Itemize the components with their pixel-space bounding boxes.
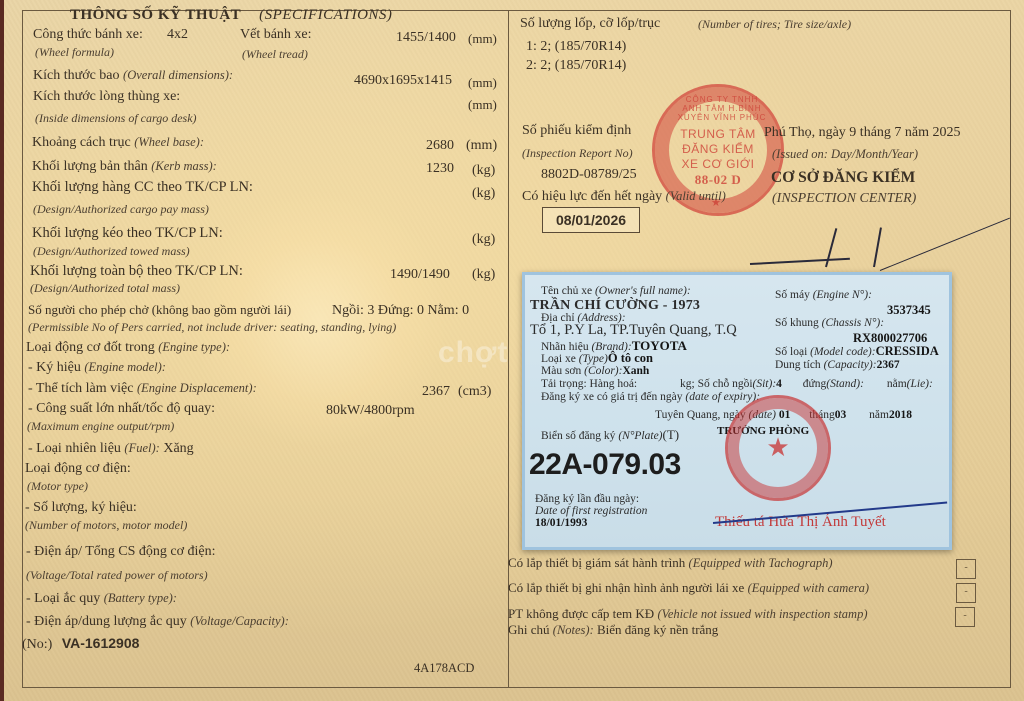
capacity-row: Dung tích (Capacity):2367: [775, 359, 900, 372]
kerb-mass-en: (Kerb mass):: [151, 159, 217, 173]
wheel-base-label: Khoảng cách trục (Wheel base):: [32, 134, 204, 151]
plate-label-vi: Biển số đăng ký: [541, 430, 615, 442]
camera-label-en: (Equipped with camera): [748, 581, 870, 595]
overall-dimensions-unit: (mm): [468, 75, 497, 91]
kerb-mass-value: 1230: [426, 161, 454, 177]
serial-no: (No:) VA-1612908: [22, 635, 139, 653]
overall-dimensions-en: (Overall dimensions):: [123, 68, 233, 82]
issued-label-en: (Issued on: Day/Month/Year): [772, 147, 918, 161]
capacity-label: Dung tích: [775, 359, 821, 371]
battery-capacity-en: (Voltage/Capacity):: [190, 614, 289, 628]
fuel-value: Xăng: [163, 441, 193, 456]
owner-label-vi: Tên chủ xe: [541, 285, 592, 297]
no-stamp-label-en: (Vehicle not issued with inspection stam…: [657, 607, 867, 621]
owner-name: TRẦN CHÍ CƯỜNG - 1973: [530, 299, 700, 312]
plate-label: Biển số đăng ký (N°Plate)(T): [541, 428, 679, 443]
max-output-label: - Công suất lớn nhất/tốc độ quay:: [28, 401, 215, 417]
camera-label: Có lắp thiết bị ghi nhận hình ảnh người …: [508, 580, 744, 595]
tachograph-label-en: (Equipped with Tachograph): [689, 556, 833, 570]
engine-type-en: (Engine type):: [158, 340, 230, 354]
issue-year: 2018: [889, 409, 912, 421]
engine-type-vi: Loại động cơ đốt trong: [26, 340, 155, 355]
seats-value: 4: [776, 378, 782, 390]
persons-value: Ngồi: 3 Đứng: 0 Nằm: 0: [332, 303, 469, 319]
equipment-camera: Có lắp thiết bị ghi nhận hình ảnh người …: [508, 580, 869, 596]
engine-model-en: (Engine model):: [84, 360, 166, 374]
engine-model-label: - Ký hiệu (Engine model):: [28, 359, 166, 376]
owner-label-en: (Owner's full name):: [595, 285, 691, 297]
inspection-center-title: CƠ SỞ ĐĂNG KIỂM: [771, 170, 915, 186]
motor-type-label: Loại động cơ điện:: [25, 461, 131, 477]
vehicle-registration-card: Tên chủ xe (Owner's full name): TRẦN CHÍ…: [522, 272, 952, 550]
overall-dimensions-label: Kích thước bao (Overall dimensions):: [33, 67, 233, 84]
engine-no-value: 3537345: [887, 304, 931, 317]
camera-checkbox: -: [956, 583, 976, 603]
towed-mass-label: Khối lượng kéo theo TK/CP LN:: [32, 225, 223, 241]
fuel-label: - Loại nhiên liệu (Fuel): Xăng: [28, 440, 194, 457]
type-label-en: (Type): [579, 353, 608, 365]
displacement-label: - Thể tích làm việc (Engine Displacement…: [28, 380, 257, 397]
watermark-logo: chợt: [438, 336, 508, 370]
tire-axle-1: 1: 2; (185/70R14): [526, 39, 626, 55]
stamp-ring-text: CÔNG TY TNHH ANH TÂM H.BÌNH XUYÊN VĨNH P…: [677, 95, 767, 122]
stamp-line-1: TRUNG TÂM: [667, 127, 769, 142]
type-label: Loại xe: [541, 353, 576, 365]
expiry-label-en: (date of expiry):: [685, 391, 760, 403]
fuel-vi: - Loại nhiên liệu: [28, 441, 121, 456]
load-label: Tải trọng: Hàng hoá:: [541, 378, 637, 390]
engine-type-label: Loại động cơ đốt trong (Engine type):: [26, 339, 230, 356]
lie-label: nằm: [887, 378, 907, 390]
overall-dimensions-vi: Kích thước bao: [33, 68, 120, 83]
overall-dimensions-value: 4690x1695x1415: [354, 73, 452, 89]
stamp-line-2: ĐĂNG KIỂM: [667, 142, 769, 157]
owner-label: Tên chủ xe (Owner's full name):: [541, 285, 691, 298]
stand-label-en: (Stand):: [826, 378, 864, 390]
capacity-label-en: (Capacity):: [824, 359, 877, 371]
model-label: Số loại: [775, 346, 807, 358]
issue-year-label: năm: [869, 409, 889, 421]
tire-axle-2: 2: 2; (185/70R14): [526, 58, 626, 74]
report-no-label: Số phiếu kiểm định: [522, 123, 631, 139]
model-code-value: CRESSIDA: [876, 344, 939, 358]
first-reg-date: 18/01/1993: [535, 517, 587, 530]
battery-type-en: (Battery type):: [104, 591, 177, 605]
tachograph-checkbox: -: [956, 559, 976, 579]
cargo-dimensions-label: Kích thước lòng thùng xe:: [33, 89, 180, 105]
issued-place-date: Phú Thọ, ngày 9 tháng 7 năm 2025: [764, 125, 961, 141]
notes-label-en: (Notes):: [553, 623, 594, 637]
engine-model-vi: - Ký hiệu: [28, 360, 81, 375]
displacement-value: 2367: [422, 384, 450, 400]
wheel-formula-label: Công thức bánh xe:: [33, 27, 143, 43]
color-row: Màu sơn (Color):Xanh: [541, 365, 649, 378]
motor-count-label-en: (Number of motors, motor model): [25, 518, 187, 532]
issue-month: 03: [835, 409, 847, 421]
wheel-tread-value: 1455/1400: [396, 30, 456, 46]
towed-mass-label-en: (Design/Authorized towed mass): [33, 244, 190, 258]
chassis-label: Số khung (Chassis N°):: [775, 317, 884, 330]
battery-capacity-label: - Điện áp/dung lượng ắc quy (Voltage/Cap…: [26, 613, 289, 630]
battery-type-vi: - Loại ắc quy: [26, 591, 100, 606]
wheel-tread-label-en: (Wheel tread): [242, 47, 308, 61]
serial-no-label: (No:): [22, 637, 52, 652]
load-row: Tải trọng: Hàng hoá: kg; Số chỗ ngồi(Sit…: [541, 378, 933, 391]
kerb-mass-label: Khối lượng bản thân (Kerb mass):: [32, 158, 217, 175]
equipment-tachograph: Có lắp thiết bị giám sát hành trình (Equ…: [508, 555, 833, 571]
tires-label: Số lượng lốp, cỡ lốp/trục: [520, 16, 660, 32]
model-code-row: Số loại (Model code):CRESSIDA: [775, 345, 939, 359]
total-mass-value: 1490/1490: [390, 267, 450, 283]
capacity-value: 2367: [877, 359, 900, 371]
no-stamp-label: PT không được cấp tem KĐ: [508, 606, 654, 621]
stand-label: đứng: [803, 378, 826, 390]
police-stamp: ★: [725, 395, 831, 501]
no-stamp-checkbox: -: [955, 607, 975, 627]
valid-until-en: (Valid until): [666, 189, 726, 203]
plate-suffix: (T): [663, 427, 680, 442]
license-plate: 22A-079.03: [529, 449, 681, 481]
motor-voltage-label: - Điện áp/ Tổng CS động cơ điện:: [26, 544, 216, 560]
motor-count-label: - Số lượng, ký hiệu:: [25, 500, 137, 516]
valid-until-label: Có hiệu lực đến hết ngày (Valid until): [522, 188, 726, 205]
expiry-label: Đăng ký xe có giá trị đến ngày: [541, 391, 682, 403]
valid-until-vi: Có hiệu lực đến hết ngày: [522, 189, 662, 204]
footer-code: 4A178ACD: [414, 661, 474, 676]
total-mass-label-en: (Design/Authorized total mass): [30, 281, 180, 295]
cargo-mass-label: Khối lượng hàng CC theo TK/CP LN:: [32, 179, 253, 195]
expiry-row: Đăng ký xe có giá trị đến ngày (date of …: [541, 391, 760, 404]
wheel-tread-label: Vết bánh xe:: [240, 27, 312, 43]
cargo-mass-unit: (kg): [472, 186, 495, 202]
color-label-en: (Color):: [584, 365, 622, 377]
report-no-label-en: (Inspection Report No): [522, 146, 633, 160]
valid-until-date: 08/01/2026: [542, 207, 640, 233]
cargo-dimensions-unit: (mm): [468, 97, 497, 113]
inspection-center-en: (INSPECTION CENTER): [772, 191, 916, 207]
owner-address: Tổ 1, P.Y La, TP.Tuyên Quang, T.Q: [530, 324, 737, 337]
persons-label-en: (Permissible No of Pers carried, not inc…: [28, 320, 396, 334]
color-value: Xanh: [622, 365, 649, 377]
stamp-inner: TRUNG TÂM ĐĂNG KIỂM XE CƠ GIỚI 88-02 D: [667, 127, 769, 187]
engine-no-label-vi: Số máy: [775, 289, 810, 301]
wheel-formula-value: 4x2: [167, 27, 188, 43]
displacement-vi: - Thể tích làm việc: [28, 381, 133, 396]
battery-capacity-vi: - Điện áp/dung lượng ắc quy: [26, 614, 187, 629]
serial-no-value: VA-1612908: [62, 635, 140, 651]
wheel-base-vi: Khoảng cách trục: [32, 135, 131, 150]
seats-label: kg; Số chỗ ngồi: [680, 378, 753, 390]
report-no-value: 8802D-08789/25: [541, 167, 637, 183]
plate-label-en: (N°Plate): [618, 430, 662, 442]
towed-mass-unit: (kg): [472, 232, 495, 248]
persons-label: Số người cho phép chở (không bao gồm ngư…: [28, 302, 291, 318]
title-en: (SPECIFICATIONS): [259, 7, 392, 23]
notes-value: Biển đăng ký nền trắng: [597, 622, 718, 637]
wheel-base-value: 2680: [426, 138, 454, 154]
stamp-code: 88-02 D: [667, 172, 769, 187]
max-output-value: 80kW/4800rpm: [326, 403, 415, 419]
notes-label: Ghi chú: [508, 622, 550, 637]
seats-label-en: (Sit):: [753, 378, 777, 390]
total-mass-unit: (kg): [472, 267, 495, 283]
type-row: Loại xe (Type)Ô tô con: [541, 352, 653, 366]
tachograph-label: Có lắp thiết bị giám sát hành trình: [508, 555, 685, 570]
kerb-mass-vi: Khối lượng bản thân: [32, 159, 148, 174]
displacement-en: (Engine Displacement):: [137, 381, 257, 395]
cargo-dimensions-label-en: (Inside dimensions of cargo desk): [35, 111, 197, 125]
chassis-label-vi: Số khung: [775, 317, 819, 329]
type-value: Ô tô con: [608, 351, 653, 365]
wheel-tread-unit: (mm): [468, 31, 497, 47]
lie-label-en: (Lie):: [907, 378, 933, 390]
model-label-en: (Model code):: [810, 346, 875, 358]
total-mass-label: Khối lượng toàn bộ theo TK/CP LN:: [30, 263, 243, 279]
specifications-title: THÔNG SỐ KỸ THUẬT(SPECIFICATIONS): [70, 7, 392, 23]
tires-label-en: (Number of tires; Tire size/axle): [698, 17, 851, 31]
wheel-base-en: (Wheel base):: [134, 135, 204, 149]
stamp-line-3: XE CƠ GIỚI: [667, 157, 769, 172]
motor-voltage-label-en: (Voltage/Total rated power of motors): [26, 568, 208, 582]
cargo-mass-label-en: (Design/Authorized cargo pay mass): [33, 202, 209, 216]
equipment-no-stamp: PT không được cấp tem KĐ (Vehicle not is…: [508, 606, 867, 622]
title-vi: THÔNG SỐ KỸ THUẬT: [70, 7, 241, 23]
max-output-label-en: (Maximum engine output/rpm): [27, 419, 174, 433]
engine-no-label: Số máy (Engine N°):: [775, 289, 872, 302]
wheel-formula-label-en: (Wheel formula): [35, 45, 114, 59]
kerb-mass-unit: (kg): [472, 163, 495, 179]
battery-type-label: - Loại ắc quy (Battery type):: [26, 590, 177, 607]
color-label: Màu sơn: [541, 365, 581, 377]
engine-no-label-en: (Engine N°):: [813, 289, 872, 301]
notes-row: Ghi chú (Notes): Biển đăng ký nền trắng: [508, 622, 718, 638]
displacement-unit: (cm3): [458, 384, 491, 400]
motor-type-label-en: (Motor type): [27, 479, 88, 493]
wheel-base-unit: (mm): [466, 138, 497, 154]
fuel-en: (Fuel):: [124, 441, 159, 455]
chassis-label-en: (Chassis N°):: [822, 317, 884, 329]
